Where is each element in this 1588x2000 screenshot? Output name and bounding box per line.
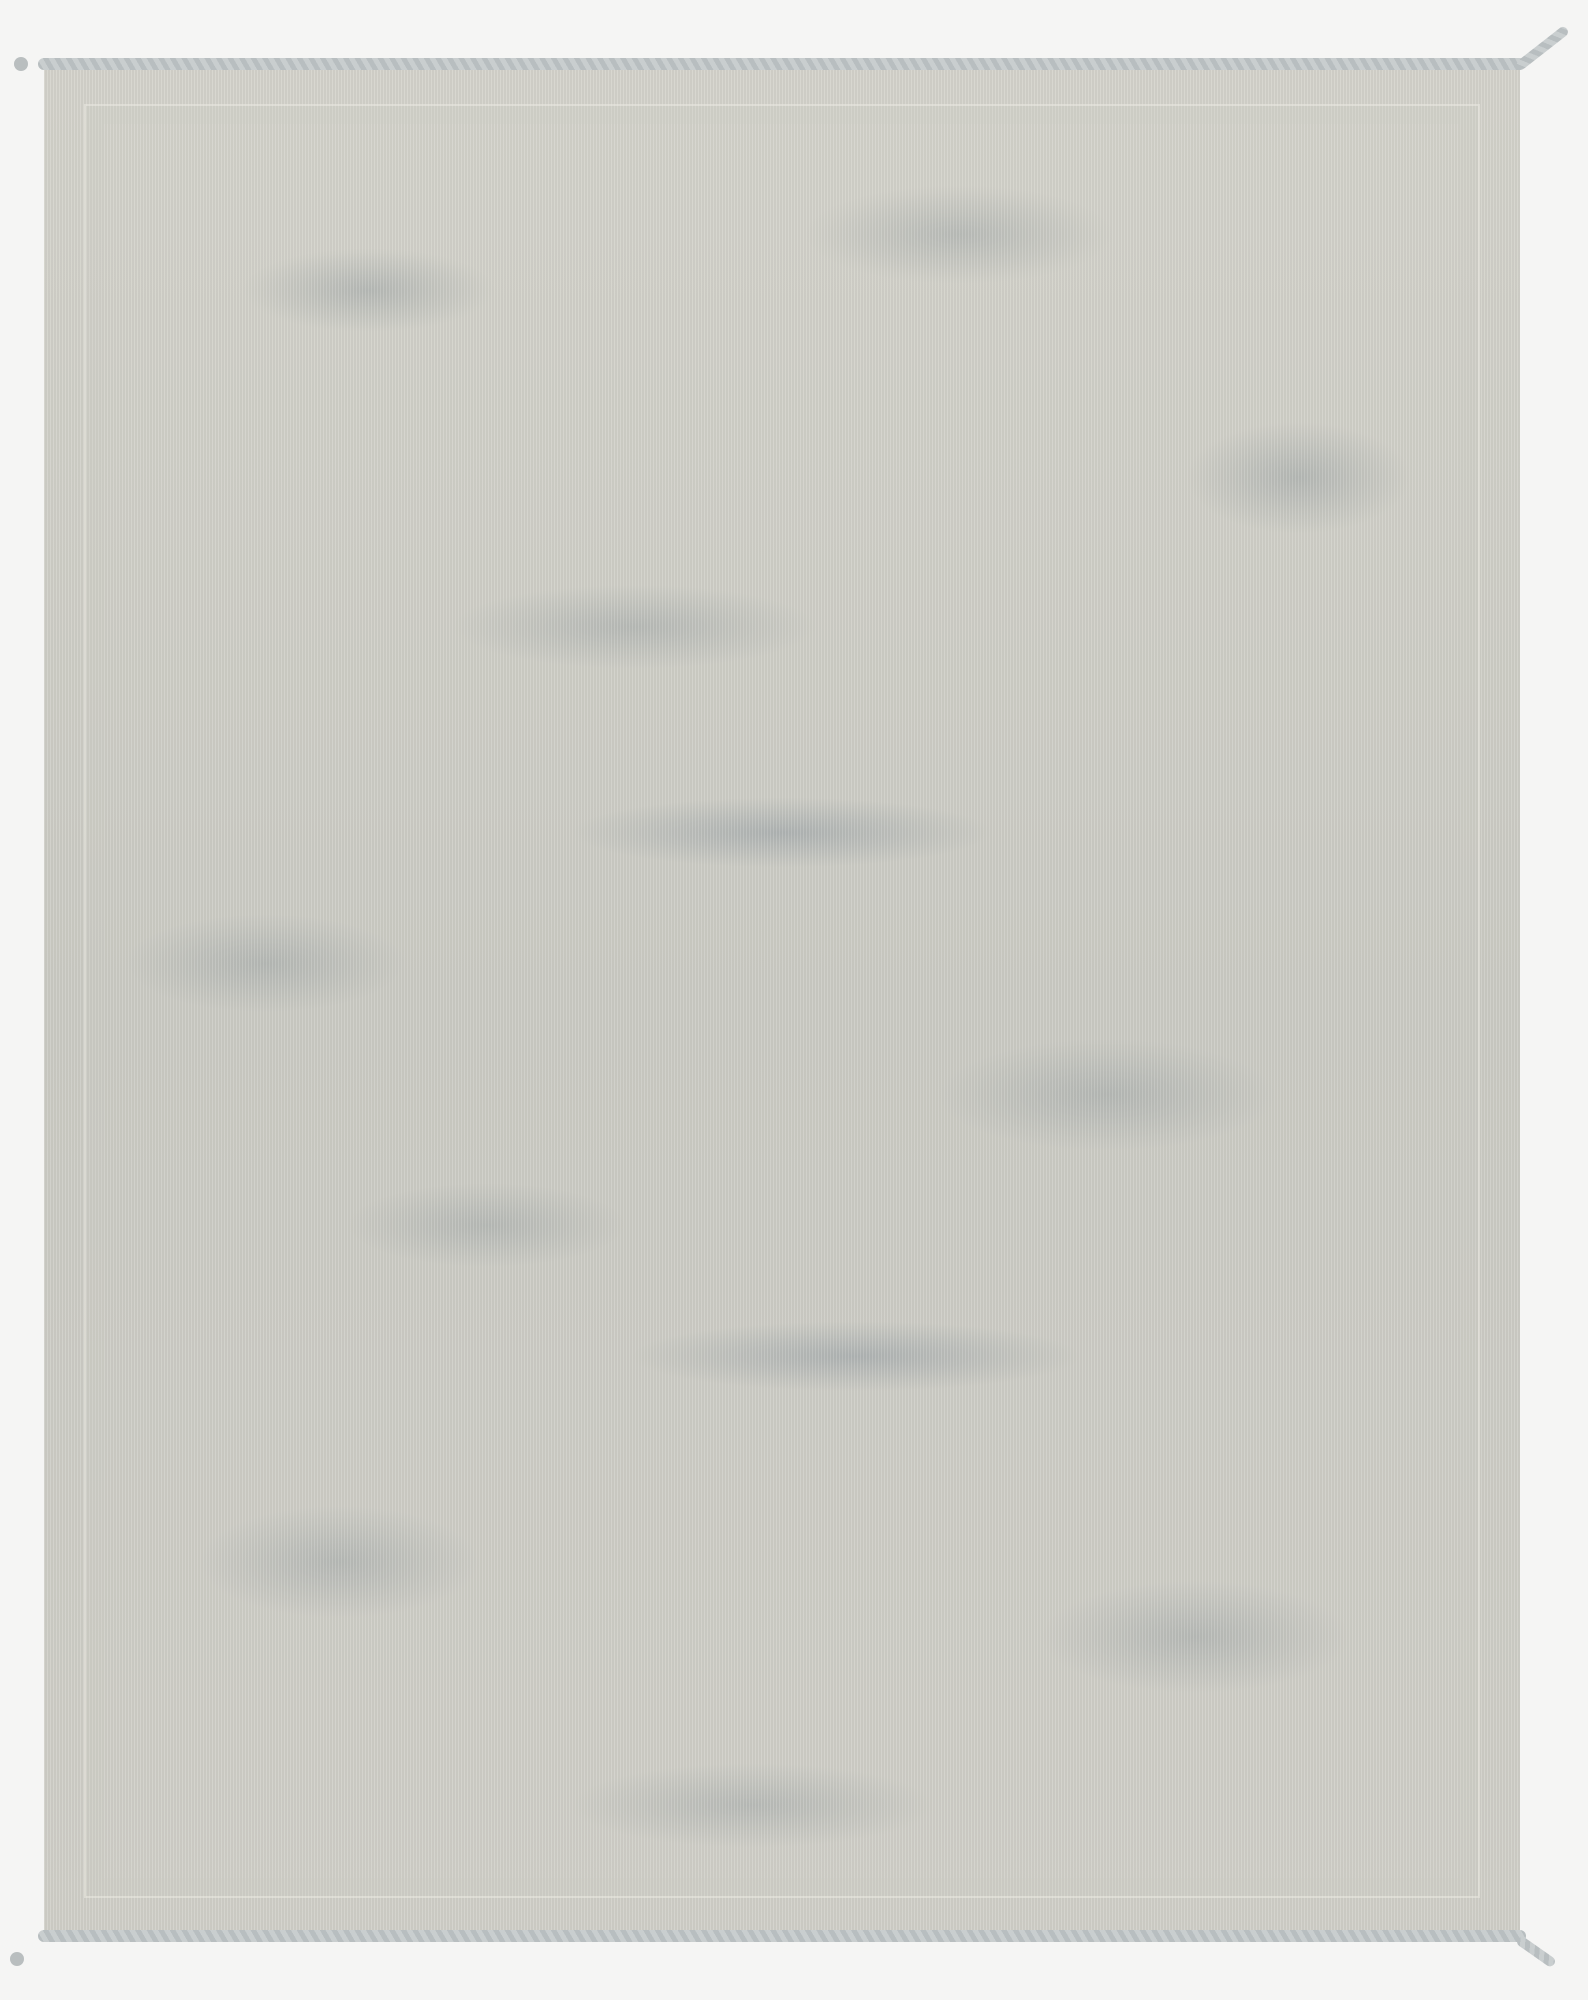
tassel-top-left (14, 57, 28, 71)
tail-bottom-right (1515, 1935, 1557, 1968)
rug-border (84, 104, 1480, 1898)
braid-edge-top (38, 58, 1526, 70)
braid-edge-bottom (38, 1930, 1526, 1942)
tassel-bottom-left (10, 1952, 24, 1966)
tail-top-right (1515, 25, 1570, 71)
rug (44, 66, 1520, 1936)
